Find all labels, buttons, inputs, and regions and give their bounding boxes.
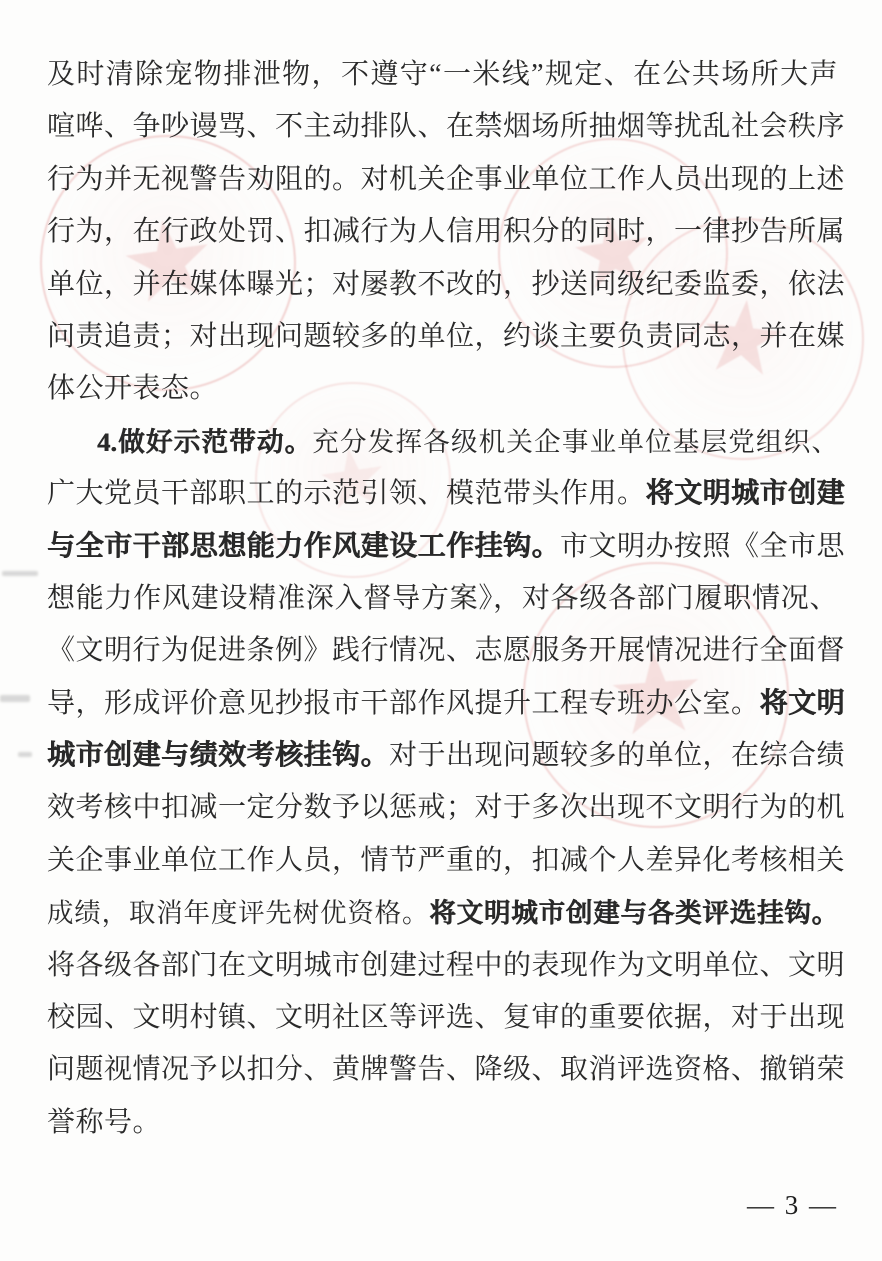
text-line: 校园、文明村镇、文明社区等评选、复审的重要依据，对于出现 [47,992,838,1044]
text-line: 问题视情况予以扣分、黄牌警告、降级、取消评选资格、撤销荣 [47,1044,838,1096]
text-line: 广大党员干部职工的示范引领、模范带头作用。将文明城市创建 [47,468,838,520]
text-line: 喧哗、争吵谩骂、不主动排队、在禁烟场所抽烟等扰乱社会秩序 [47,101,838,153]
text-segment: 与全市干部思想能力作风建设工作挂钩。 [47,531,560,562]
text-segment: 行为，在行政处罚、扣减行为人信用积分的同时，一律抄告所属 [47,216,845,247]
text-line: 体公开表态。 [47,363,838,415]
text-line: 与全市干部思想能力作风建设工作挂钩。市文明办按照《全市思 [47,521,838,573]
text-segment: 导，形成评价意见抄报市干部作风提升工程专班办公室。 [47,688,760,719]
scan-artifact [2,571,38,576]
text-segment: 《文明行为促进条例》践行情况、志愿服务开展情况进行全面督 [47,635,845,666]
text-segment: 将各级各部门在文明城市创建过程中的表现作为文明单位、文明 [47,950,845,981]
text-line: 城市创建与绩效考核挂钩。对于出现问题较多的单位，在综合绩 [47,730,838,782]
text-line: 4.做好示范带动。充分发挥各级机关企事业单位基层党组织、 [47,416,838,468]
text-segment: 将文明 [760,688,846,719]
text-line: 效考核中扣减一定分数予以惩戒；对于多次出现不文明行为的机 [47,782,838,834]
text-segment: 成绩，取消年度评先树优资格。 [47,898,429,928]
text-segment: 效考核中扣减一定分数予以惩戒；对于多次出现不文明行为的机 [47,792,845,823]
text-segment: 问责追责；对出现问题较多的单位，约谈主要负责同志，并在媒 [47,321,845,352]
text-line: 关企事业单位工作人员，情节严重的，扣减个人差异化考核相关 [47,835,838,887]
text-segment: 及时清除宠物排泄物，不遵守“一米线”规定、在公共场所大声 [47,59,838,90]
text-segment: 对于出现问题较多的单位，在综合绩 [389,740,845,771]
text-line: 誉称号。 [47,1097,838,1149]
text-line: 想能力作风建设精准深入督导方案》，对各级各部门履职情况、 [47,573,838,625]
text-line: 问责追责；对出现问题较多的单位，约谈主要负责同志，并在媒 [47,311,838,363]
text-segment: 校园、文明村镇、文明社区等评选、复审的重要依据，对于出现 [47,1002,845,1033]
text-segment: 4.做好示范带动。 [97,427,312,457]
scan-artifact [18,752,32,757]
text-segment: 誉称号。 [47,1107,161,1138]
text-segment: 关企事业单位工作人员，情节严重的，扣减个人差异化考核相关 [47,845,845,876]
text-line: 将各级各部门在文明城市创建过程中的表现作为文明单位、文明 [47,940,838,992]
text-line: 行为，在行政处罚、扣减行为人信用积分的同时，一律抄告所属 [47,206,838,258]
text-line: 单位，并在媒体曝光；对屡教不改的，抄送同级纪委监委，依法 [47,259,838,311]
text-line: 及时清除宠物排泄物，不遵守“一米线”规定、在公共场所大声 [47,49,838,101]
text-segment: 喧哗、争吵谩骂、不主动排队、在禁烟场所抽烟等扰乱社会秩序 [47,111,845,142]
scan-artifact [0,695,30,702]
text-segment: 城市创建与绩效考核挂钩。 [47,740,389,771]
text-segment: 将文明城市创建 [646,478,846,509]
text-segment: 充分发挥各级机关企事业单位基层党组织、 [312,427,838,457]
text-segment: 体公开表态。 [47,373,218,404]
text-segment: 问题视情况予以扣分、黄牌警告、降级、取消评选资格、撤销荣 [47,1054,845,1085]
text-segment: 想能力作风建设精准深入督导方案》，对各级各部门履职情况、 [47,583,838,614]
document-body: 及时清除宠物排泄物，不遵守“一米线”规定、在公共场所大声喧哗、争吵谩骂、不主动排… [47,49,838,1149]
text-segment: 市文明办按照《全市思 [560,531,845,562]
page-number: — 3 — [747,1190,838,1221]
text-line: 《文明行为促进条例》践行情况、志愿服务开展情况进行全面督 [47,625,838,677]
text-segment: 将文明城市创建与各类评选挂钩。 [429,898,838,928]
text-segment: 行为并无视警告劝阻的。对机关企事业单位工作人员出现的上述 [47,164,845,195]
text-line: 导，形成评价意见抄报市干部作风提升工程专班办公室。将文明 [47,678,838,730]
text-line: 成绩，取消年度评先树优资格。将文明城市创建与各类评选挂钩。 [47,887,838,939]
text-segment: 广大党员干部职工的示范引领、模范带头作用。 [47,478,646,509]
text-segment: 单位，并在媒体曝光；对屡教不改的，抄送同级纪委监委，依法 [47,269,845,300]
text-line: 行为并无视警告劝阻的。对机关企事业单位工作人员出现的上述 [47,154,838,206]
document-page: ★ ★ ★ ★ ★ 及时清除宠物排泄物，不遵守“一米线”规定、在公共场所大声喧哗… [0,0,882,1261]
